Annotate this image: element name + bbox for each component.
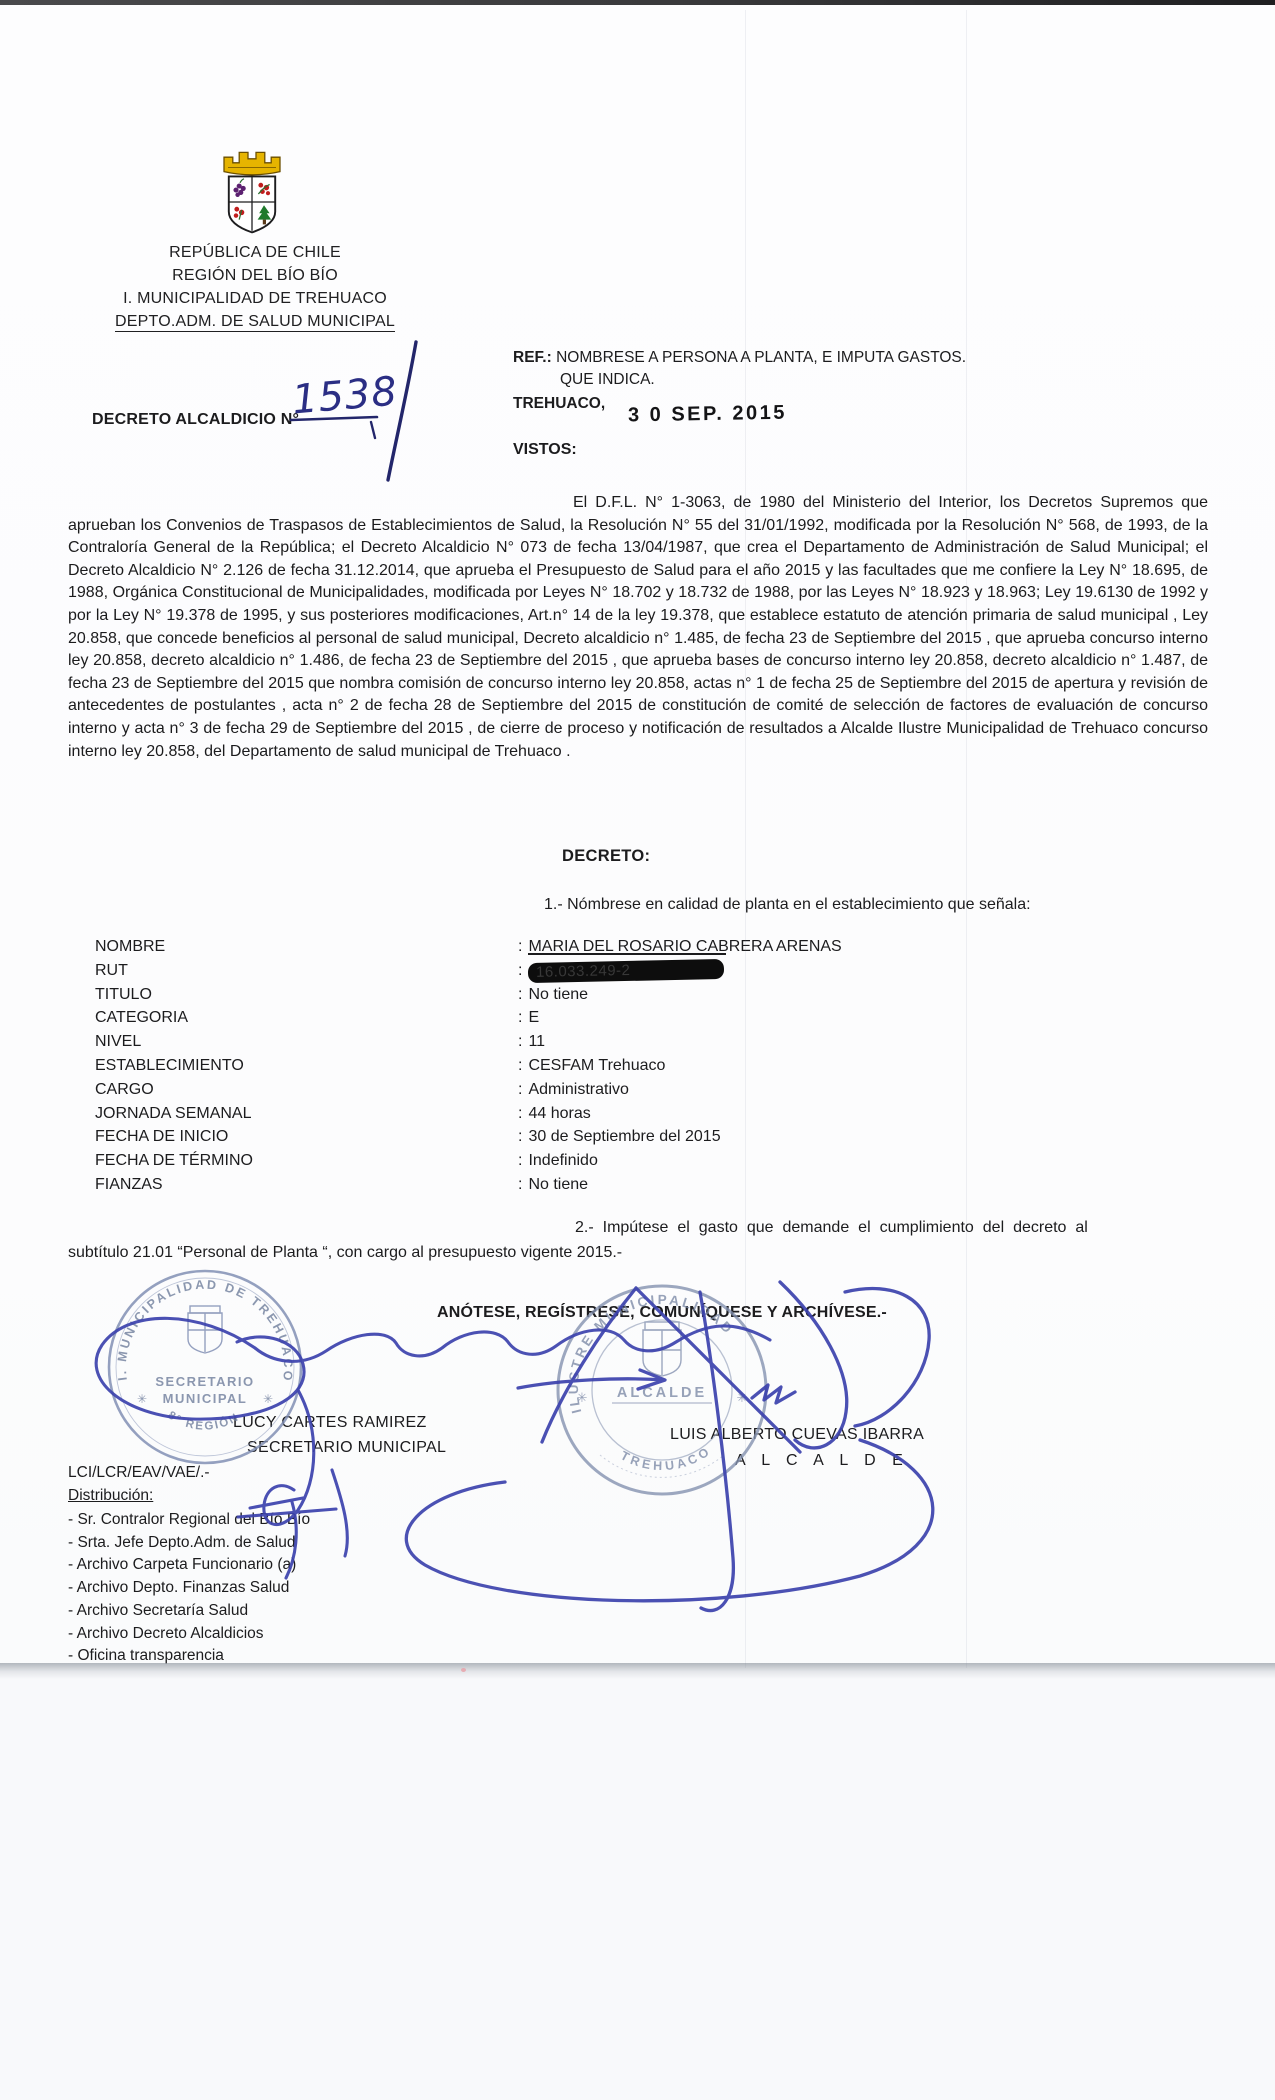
- secretary-title: SECRETARIO MUNICIPAL: [247, 1439, 446, 1457]
- mayor-name: LUIS ALBERTO CUEVAS IBARRA: [670, 1426, 924, 1444]
- appointment-fields: NOMBRE:MARIA DEL ROSARIO CABRERA ARENAS …: [95, 935, 1205, 1197]
- field-label: JORNADA SEMANAL: [95, 1102, 518, 1126]
- date-stamp: 3 0 SEP. 2015: [628, 402, 787, 428]
- field-row-fianzas: FIANZAS:No tiene: [95, 1173, 1205, 1197]
- field-colon: :: [518, 1054, 522, 1078]
- field-value: E: [528, 1009, 539, 1026]
- drafting-initials: LCI/LCR/EAV/VAE/.-: [68, 1464, 210, 1482]
- field-row-jornada: JORNADA SEMANAL:44 horas: [95, 1102, 1205, 1126]
- field-row-cargo: CARGO:Administrativo: [95, 1078, 1205, 1102]
- field-colon: :: [518, 959, 522, 983]
- field-colon: :: [518, 935, 522, 959]
- decreto-heading: DECRETO:: [562, 847, 650, 866]
- distribution-list: - Sr. Contralor Regional del Bío Bío - S…: [68, 1509, 310, 1668]
- distribution-item: - Sr. Contralor Regional del Bío Bío: [68, 1509, 310, 1532]
- field-colon: :: [518, 1030, 522, 1054]
- ref-line2: QUE INDICA.: [560, 369, 1073, 391]
- ref-line: REF.: NOMBRESE A PERSONA A PLANTA, E IMP…: [513, 347, 1073, 369]
- secretary-name: LUCY CARTES RAMIREZ: [233, 1414, 427, 1432]
- field-value: 44 horas: [528, 1105, 590, 1122]
- crown-icon: [224, 152, 280, 174]
- handwritten-decree-number: 1538: [290, 368, 399, 423]
- distribution-heading: Distribución:: [68, 1487, 153, 1505]
- field-row-rut: RUT:16.033.249-2: [95, 959, 1205, 983]
- field-label: CARGO: [95, 1078, 518, 1102]
- distribution-item: - Archivo Carpeta Funcionario (a): [68, 1554, 310, 1577]
- field-row-establecimiento: ESTABLECIMIENTO:CESFAM Trehuaco: [95, 1054, 1205, 1078]
- letterhead-line: REGIÓN DEL BÍO BÍO: [75, 264, 435, 287]
- decree-item-1: 1.- Nómbrese en calidad de planta en el …: [544, 896, 1031, 914]
- field-value-name: MARIA DEL ROSARIO CABRERA ARENAS: [528, 938, 841, 955]
- decree-item-2: 2.- Impútese el gasto que demande el cum…: [68, 1216, 1210, 1265]
- scan-fold-line: [966, 10, 967, 1668]
- field-colon: :: [518, 1078, 522, 1102]
- field-row-fecha-termino: FECHA DE TÉRMINO:Indefinido: [95, 1149, 1205, 1173]
- redacted-rut: 16.033.249-2: [536, 961, 631, 980]
- field-row-categoria: CATEGORIA:E: [95, 1006, 1205, 1030]
- decree-number-label: DECRETO ALCALDICIO N°: [92, 411, 299, 429]
- field-value: No tiene: [528, 1176, 588, 1193]
- decree-item-2-line2: subtítulo 21.01 “Personal de Planta “, c…: [68, 1241, 1210, 1266]
- field-colon: :: [518, 1006, 522, 1030]
- letterhead-line: I. MUNICIPALIDAD DE TREHUACO: [75, 287, 435, 310]
- vistos-paragraph: El D.F.L. N° 1-3063, de 1980 del Ministe…: [68, 492, 1208, 763]
- distribution-item: - Archivo Secretaría Salud: [68, 1600, 310, 1623]
- letterhead-line: REPÚBLICA DE CHILE: [75, 241, 435, 264]
- field-label: TITULO: [95, 983, 518, 1007]
- scan-top-edge: [0, 0, 1275, 5]
- field-value: CESFAM Trehuaco: [528, 1057, 665, 1074]
- closing-formula: ANÓTESE, REGÍSTRESE, COMUNÍQUESE Y ARCHÍ…: [437, 1304, 887, 1322]
- distribution-item: - Srta. Jefe Depto.Adm. de Salud: [68, 1532, 310, 1555]
- field-colon: :: [518, 1102, 522, 1126]
- field-value: Administrativo: [528, 1081, 628, 1098]
- letterhead: REPÚBLICA DE CHILE REGIÓN DEL BÍO BÍO I.…: [75, 241, 435, 333]
- decree-item-2-line1: 2.- Impútese el gasto que demande el cum…: [575, 1216, 1210, 1241]
- letterhead-line-dept: DEPTO.ADM. DE SALUD MUNICIPAL: [75, 310, 435, 333]
- vistos-heading: VISTOS:: [513, 441, 577, 459]
- field-label: FECHA DE INICIO: [95, 1125, 518, 1149]
- redaction-bar: 16.033.249-2: [528, 959, 724, 983]
- shield-icon: [229, 176, 275, 232]
- field-label: NOMBRE: [95, 935, 518, 959]
- field-colon: :: [518, 983, 522, 1007]
- scan-artifact-dot: [461, 1668, 466, 1672]
- field-label: RUT: [95, 959, 518, 983]
- field-value: No tiene: [528, 986, 588, 1003]
- field-value: 11: [528, 1033, 545, 1050]
- field-value: 30 de Septiembre del 2015: [528, 1128, 720, 1145]
- scan-page-shadow: [0, 1663, 1275, 1679]
- field-value: Indefinido: [528, 1152, 597, 1169]
- field-label: NIVEL: [95, 1030, 518, 1054]
- field-label: FECHA DE TÉRMINO: [95, 1149, 518, 1173]
- field-label: CATEGORIA: [95, 1006, 518, 1030]
- reference-block: REF.: NOMBRESE A PERSONA A PLANTA, E IMP…: [513, 347, 1073, 415]
- ref-city: TREHUACO,: [513, 393, 1073, 415]
- mayor-title: A L C A L D E: [735, 1452, 909, 1470]
- field-row-titulo: TITULO:No tiene: [95, 983, 1205, 1007]
- field-row-nivel: NIVEL:11: [95, 1030, 1205, 1054]
- field-colon: :: [518, 1173, 522, 1197]
- municipal-coat-of-arms: [206, 146, 298, 242]
- scanned-document-page: REPÚBLICA DE CHILE REGIÓN DEL BÍO BÍO I.…: [0, 5, 1275, 1663]
- field-colon: :: [518, 1125, 522, 1149]
- distribution-item: - Archivo Depto. Finanzas Salud: [68, 1577, 310, 1600]
- distribution-item: - Archivo Decreto Alcaldicios: [68, 1623, 310, 1646]
- field-label: ESTABLECIMIENTO: [95, 1054, 518, 1078]
- field-label: FIANZAS: [95, 1173, 518, 1197]
- field-row-nombre: NOMBRE:MARIA DEL ROSARIO CABRERA ARENAS: [95, 935, 1205, 959]
- field-row-fecha-inicio: FECHA DE INICIO:30 de Septiembre del 201…: [95, 1125, 1205, 1149]
- field-colon: :: [518, 1149, 522, 1173]
- scan-fold-line: [745, 10, 746, 1668]
